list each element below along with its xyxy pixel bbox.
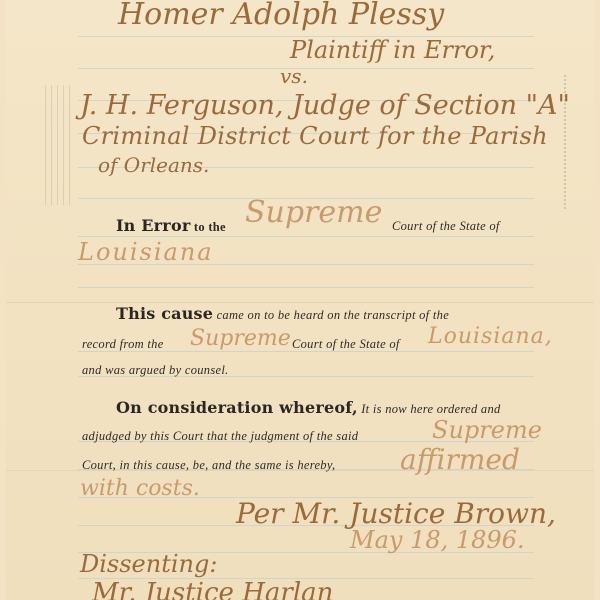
defendant-line-1: J. H. Ferguson, Judge of Section "A"	[80, 92, 570, 119]
consideration-text-2: adjudged by this Court that the judgment…	[82, 430, 358, 443]
ruled-line	[78, 287, 534, 288]
bleed-through-text	[45, 85, 75, 205]
cause-lead: This cause	[116, 304, 213, 323]
cause-text-2a: record from the	[82, 338, 164, 351]
costs-handwritten: with costs.	[80, 478, 200, 500]
dissenting-justice: Mr. Justice Harlan	[92, 580, 333, 600]
consideration-court-handwritten: Supreme	[432, 418, 542, 442]
ruled-line	[78, 236, 534, 237]
state-name-handwritten: Louisiana	[78, 240, 214, 264]
plaintiff-role: Plaintiff in Error,	[290, 38, 495, 62]
cause-court-handwritten: Supreme	[190, 328, 291, 350]
ruling-handwritten: affirmed	[400, 446, 520, 474]
consideration-text-3: Court, in this cause, be, and the same i…	[82, 459, 335, 472]
cause-text-1: came on to be heard on the transcript of…	[217, 308, 450, 322]
in-error-line: In Error to the	[116, 218, 226, 234]
in-error-lead: In Error	[116, 216, 190, 235]
ruled-line	[78, 351, 534, 352]
defendant-line-3: of Orleans.	[98, 155, 209, 175]
cause-text-3: and was argued by counsel.	[82, 364, 229, 377]
court-name-handwritten: Supreme	[245, 198, 382, 228]
court-of-state-text: Court of the State of	[392, 220, 500, 233]
fold-crease	[6, 302, 594, 303]
consideration-lead: On consideration whereof,	[116, 398, 358, 417]
consideration-text-1: It is now here ordered and	[361, 402, 500, 416]
to-the: to the	[194, 220, 226, 234]
versus: vs.	[280, 66, 308, 86]
cause-text-2b: Court of the State of	[292, 338, 400, 351]
defendant-line-2: Criminal District Court for the Parish	[82, 124, 548, 148]
consideration-line-1: On consideration whereof, It is now here…	[116, 400, 501, 416]
dissent-label: Dissenting:	[80, 552, 217, 576]
justice-signature: Per Mr. Justice Brown,	[236, 500, 556, 528]
judgment-date: May 18, 1896.	[350, 528, 525, 552]
plaintiff-name: Homer Adolph Plessy	[118, 0, 444, 30]
cause-state-handwritten: Louisiana,	[428, 326, 553, 348]
cause-line-1: This cause came on to be heard on the tr…	[116, 306, 449, 322]
